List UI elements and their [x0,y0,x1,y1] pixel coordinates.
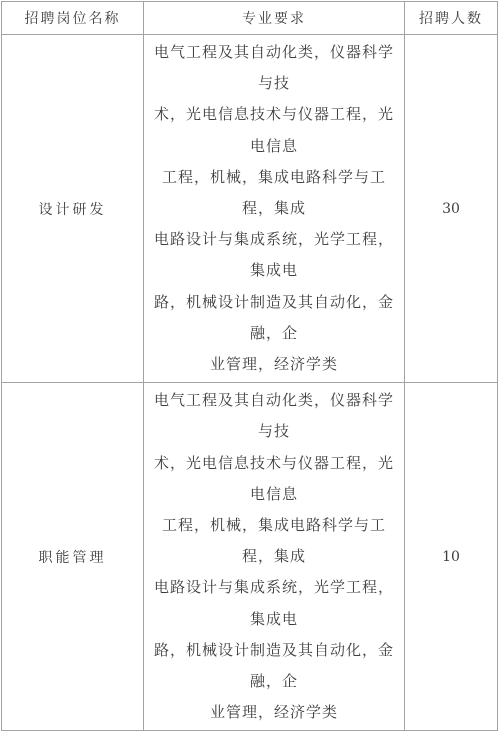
table-row: 设计研发 电气工程及其自动化类，仪器科学与技 术，光电信息技术与仪器工程，光电信… [2,35,498,383]
requirements-cell: 电气工程及其自动化类，仪器科学与技 术，光电信息技术与仪器工程，光电信息 工程，… [144,383,405,413]
requirements-text: 电气工程及其自动化类，仪器科学与技 术，光电信息技术与仪器工程，光电信息 工程，… [148,37,400,380]
table-row: 职能管理 电气工程及其自动化类，仪器科学与技 术，光电信息技术与仪器工程，光电信… [2,383,498,413]
recruitment-table: 招聘岗位名称 专业要求 招聘人数 设计研发 电气工程及其自动化类，仪器科学与技 … [1,1,498,413]
recruit-count-cell: 10 [405,383,498,413]
requirements-text: 电气工程及其自动化类，仪器科学与技 术，光电信息技术与仪器工程，光电信息 工程，… [148,385,400,413]
column-header-requirements: 专业要求 [144,2,405,35]
table-header-row: 招聘岗位名称 专业要求 招聘人数 [2,2,498,35]
column-header-position: 招聘岗位名称 [2,2,144,35]
position-name-cell: 职能管理 [2,383,144,413]
recruit-count-cell: 30 [405,35,498,383]
position-name-cell: 设计研发 [2,35,144,383]
column-header-count: 招聘人数 [405,2,498,35]
recruitment-table-container: 招聘岗位名称 专业要求 招聘人数 设计研发 电气工程及其自动化类，仪器科学与技 … [1,1,497,412]
requirements-cell: 电气工程及其自动化类，仪器科学与技 术，光电信息技术与仪器工程，光电信息 工程，… [144,35,405,383]
